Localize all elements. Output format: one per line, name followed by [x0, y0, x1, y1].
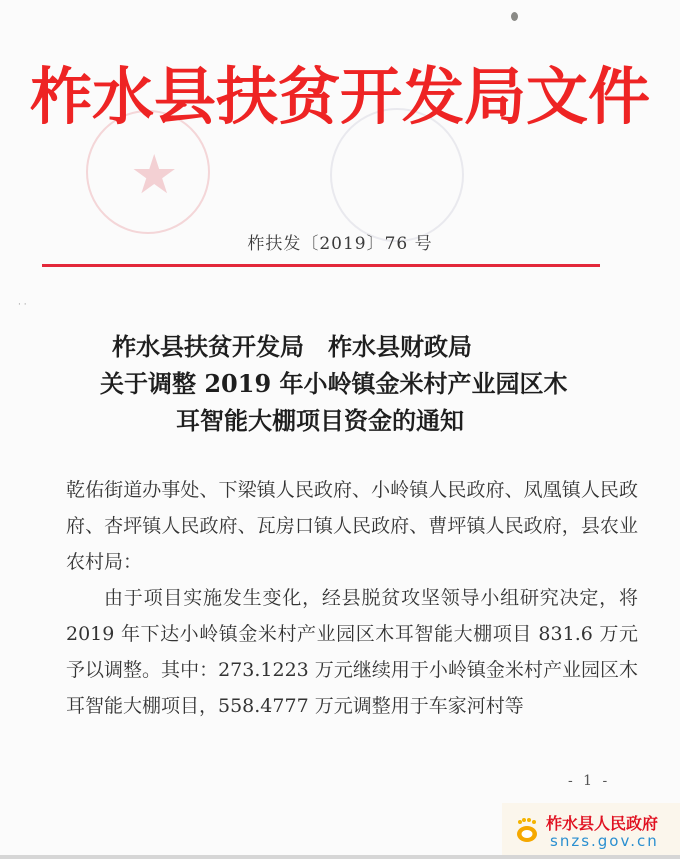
- page-number: - 1 -: [568, 773, 610, 789]
- notice-title-line-2: 关于调整 2019 年小岭镇金米村产业园区木: [100, 365, 620, 402]
- document-number: 柞扶发〔2019〕76 号: [0, 229, 680, 254]
- margin-marks: · ·: [18, 300, 27, 310]
- site-name: 柞水县人民政府: [546, 811, 658, 834]
- recipients: 乾佑街道办事处、下梁镇人民政府、小岭镇人民政府、凤凰镇人民政府、杏坪镇人民政府、…: [66, 472, 638, 580]
- document-header-title: 柞水县扶贫开发局文件: [0, 60, 680, 134]
- site-url[interactable]: snzs.gov.cn: [550, 832, 659, 850]
- footprint-logo-icon: [514, 817, 540, 843]
- scan-artifact-dot: [511, 12, 518, 21]
- seal-star-icon: ★: [130, 148, 178, 202]
- notice-title: 柞水县扶贫开发局 柞水县财政局 关于调整 2019 年小岭镇金米村产业园区木 耳…: [100, 328, 620, 439]
- notice-title-line-3: 耳智能大棚项目资金的通知: [100, 402, 620, 439]
- site-watermark[interactable]: 柞水县人民政府 snzs.gov.cn: [502, 803, 680, 859]
- bottom-edge: [0, 855, 680, 859]
- notice-title-line-1: 柞水县扶贫开发局 柞水县财政局: [100, 328, 620, 365]
- red-divider-line: [42, 264, 600, 267]
- body-paragraph: 由于项目实施发生变化，经县脱贫攻坚领导小组研究决定，将 2019 年下达小岭镇金…: [66, 580, 638, 724]
- document-body: 乾佑街道办事处、下梁镇人民政府、小岭镇人民政府、凤凰镇人民政府、杏坪镇人民政府、…: [66, 472, 638, 724]
